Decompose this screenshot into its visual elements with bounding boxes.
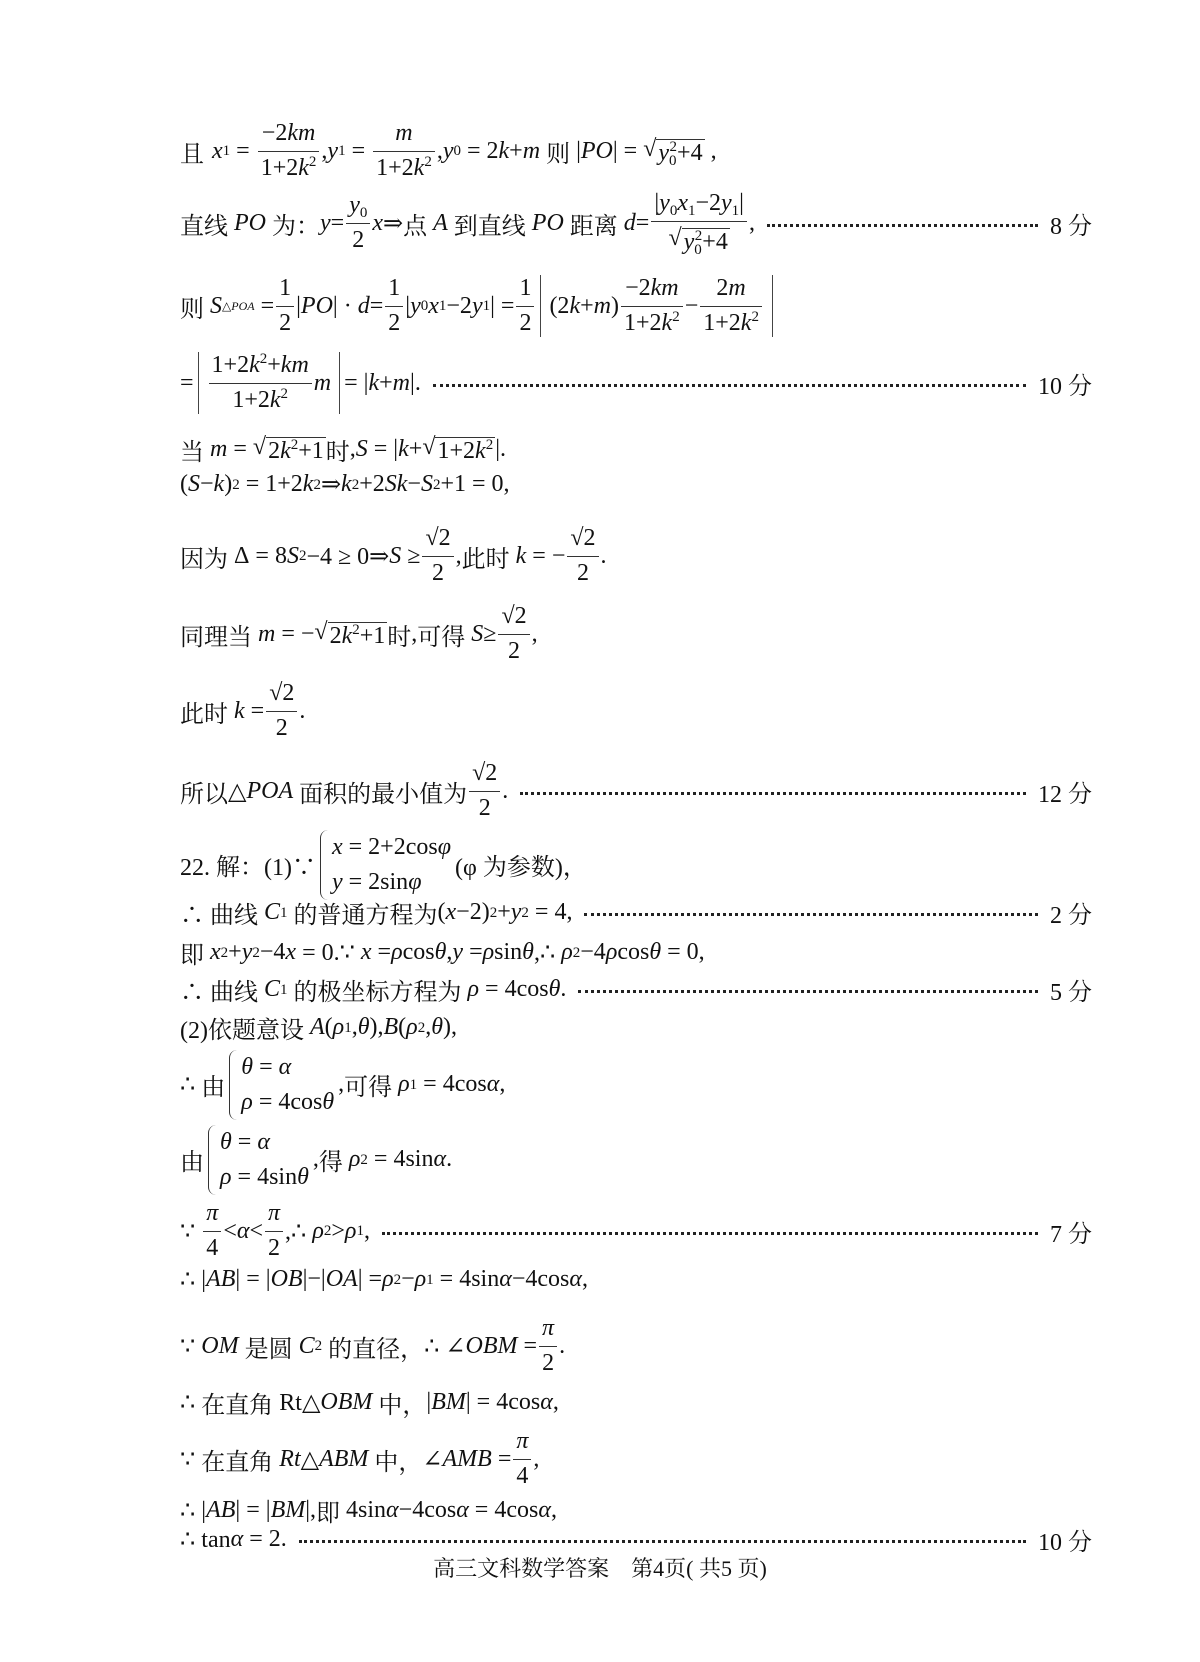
fraction: |y0x1−2y1|√y02+4: [651, 190, 747, 256]
equation-system: θ = αρ = 4cosθ: [229, 1050, 334, 1120]
eq-case-negative: 同理当 m = −√2k2+1时,可得 S≥ √22,: [180, 603, 538, 665]
text: (φ 为参数)，: [455, 847, 587, 882]
line-17: 由 θ = αρ = 4sinθ ,得 ρ2 = 4sinα.: [180, 1125, 1092, 1195]
eq-ab-length: ∴ |AB| = |OB|−|OA| =ρ2−ρ1 = 4sinα−4cosα,: [180, 1265, 588, 1294]
text: 在直角: [201, 1442, 273, 1477]
line-15: (2)依题意设 A(ρ1,θ),B(ρ2,θ),: [180, 1010, 1092, 1045]
eq-conversion: 即 x2+y2−4x = 0.∵ x =ρcosθ,y =ρsinθ,∴ ρ2−…: [180, 935, 705, 970]
q22-param: 22. 解：(1)∵ x = 2+2cosφy = 2sinφ (φ 为参数)，: [180, 830, 587, 900]
eq-bm: ∴ 在直角 Rt△OBM 中，|BM| = 4cosα,: [180, 1385, 559, 1420]
eq-area: 则 S△POA = 12|PO| · d= 12|y0x1−2y1| = 12 …: [180, 275, 777, 337]
score-2: 2 分: [1050, 895, 1092, 930]
score-8: 8 分: [1050, 206, 1092, 241]
text: 面积的最小值为: [299, 774, 467, 809]
fraction: 12: [385, 275, 403, 337]
text: 直线: [180, 206, 228, 241]
dot-leader: [299, 1540, 1026, 1543]
text: 此时: [180, 694, 228, 729]
eq-amb-angle: ∵ 在直角 Rt△ABM 中，∠AMB = π4,: [180, 1428, 539, 1490]
fraction: −2km1+2k2: [258, 120, 320, 182]
dot-leader: [520, 792, 1026, 795]
line-9: 此时 k = √22.: [180, 680, 1092, 742]
text: 时: [387, 617, 411, 652]
dot-leader: [578, 990, 1038, 993]
dot-leader: [584, 913, 1038, 916]
equation-system: θ = αρ = 4sinθ: [208, 1125, 309, 1195]
text: 当: [180, 432, 204, 467]
text: ∵: [180, 1445, 195, 1474]
text: ：: [296, 206, 320, 241]
text: ∴: [180, 1070, 195, 1099]
text: 由: [180, 1142, 204, 1177]
eq-cartesian: ∴ 曲线 C1 的普通方程为(x−2)2+y2 = 4,: [180, 895, 572, 930]
text: 可得: [417, 617, 465, 652]
text: 所以: [180, 774, 228, 809]
eq-distance: 直线 PO 为：y= y02x⇒点 A 到直线 PO 距离 d= |y0x1−2…: [180, 190, 755, 256]
text-qie: 且: [180, 134, 204, 169]
line-19: ∴ |AB| = |OB|−|OA| =ρ2−ρ1 = 4sinα−4cosα,: [180, 1265, 1092, 1294]
eq-k-value: 此时 k = √22.: [180, 680, 305, 742]
text: 到直线: [454, 206, 526, 241]
text: 则: [180, 289, 204, 324]
text: 中，: [374, 1442, 422, 1477]
line-16: ∴ 由 θ = αρ = 4cosθ ,可得 ρ1 = 4cosα,: [180, 1050, 1092, 1120]
eq-min-area: 所以△POA 面积的最小值为 √22.: [180, 760, 508, 822]
fraction: m1+2k2: [373, 120, 435, 182]
eq-polar: ∴ 曲线 C1 的极坐标方程为 ρ = 4cosθ.: [180, 972, 566, 1007]
line-6: (S−k)2 = 1+2k2⇒k2+2Sk−S2+1 = 0,: [180, 470, 1092, 499]
line-22: ∵ 在直角 Rt△ABM 中，∠AMB = π4,: [180, 1428, 1092, 1490]
line-12: ∴ 曲线 C1 的普通方程为(x−2)2+y2 = 4, 2 分: [180, 895, 1092, 930]
score-5: 5 分: [1050, 972, 1092, 1007]
question-number: 22. 解：(1)∵: [180, 847, 316, 882]
text: ∵: [180, 1217, 195, 1246]
text: 得: [319, 1142, 343, 1177]
eq-case-positive: 当 m = √2k2+1时,S = |k+√1+2k2|.: [180, 432, 506, 467]
line-20: ∵ OM 是圆 C2 的直径，∴ ∠OBM = π2.: [180, 1315, 1092, 1377]
text: 同理当: [180, 617, 252, 652]
text: 的普通方程为: [294, 895, 438, 930]
fraction: 12: [516, 275, 534, 337]
line-8: 同理当 m = −√2k2+1时,可得 S≥ √22,: [180, 603, 1092, 665]
text: 时: [326, 432, 350, 467]
line-11: 22. 解：(1)∵ x = 2+2cosφy = 2sinφ (φ 为参数)，: [180, 830, 1092, 900]
text: ∴ 曲线: [180, 895, 258, 930]
line-4: = 1+2k2+km1+2k2m = |k+m|. 10 分: [180, 352, 1092, 414]
text: 可得: [344, 1067, 392, 1102]
line-3: 则 S△POA = 12|PO| · d= 12|y0x1−2y1| = 12 …: [180, 275, 1092, 337]
page-footer: 高三文科数学答案 第4页( 共5 页): [0, 1552, 1200, 1583]
text: ∵: [180, 1332, 195, 1361]
score-7: 7 分: [1050, 1214, 1092, 1249]
text: (2)依题意设: [180, 1010, 304, 1045]
line-18: ∵ π4<α< π2,∴ ρ2>ρ1, 7 分: [180, 1200, 1092, 1262]
score-10: 10 分: [1038, 366, 1092, 401]
text: ∴: [180, 1388, 195, 1417]
line-13: 即 x2+y2−4x = 0.∵ x =ρcosθ,y =ρsinθ,∴ ρ2−…: [180, 935, 1092, 970]
eq-right-angle: ∵ OM 是圆 C2 的直径，∴ ∠OBM = π2.: [180, 1315, 565, 1377]
text: 是圆: [245, 1329, 293, 1364]
abs-value: (2k+m) −2km1+2k2− 2m1+2k2: [540, 275, 773, 337]
text: 点: [403, 206, 427, 241]
part-2-setup: (2)依题意设 A(ρ1,θ),B(ρ2,θ),: [180, 1010, 457, 1045]
fraction: 12: [276, 275, 294, 337]
text: ∴ 曲线: [180, 972, 258, 1007]
line-7: 因为 Δ = 8S2−4 ≥ 0⇒S ≥ √22,此时 k = − √22.: [180, 525, 1092, 587]
eq-range: ∵ π4<α< π2,∴ ρ2>ρ1,: [180, 1200, 370, 1262]
text: 的直径，: [328, 1329, 424, 1364]
dot-leader: [433, 384, 1026, 387]
text-ze: 则: [546, 134, 570, 169]
text: 由: [201, 1067, 225, 1102]
text: 在直角: [201, 1385, 273, 1420]
text: 因为: [180, 539, 228, 574]
line-21: ∴ 在直角 Rt△OBM 中，|BM| = 4cosα,: [180, 1385, 1092, 1420]
eq-area-simplified: = 1+2k2+km1+2k2m = |k+m|.: [180, 352, 421, 414]
line-1: 且 x1 = −2km1+2k2 ,y1 = m1+2k2 ,y0 = 2k+m…: [180, 120, 1092, 182]
line-2: 直线 PO 为：y= y02x⇒点 A 到直线 PO 距离 d= |y0x1−2…: [180, 190, 1092, 256]
line-5: 当 m = √2k2+1时,S = |k+√1+2k2|.: [180, 432, 1092, 467]
fraction: y02: [346, 192, 370, 254]
dot-leader: [767, 224, 1038, 227]
text: 中，: [378, 1385, 426, 1420]
dot-leader: [382, 1232, 1038, 1235]
line-10: 所以△POA 面积的最小值为 √22. 12 分: [180, 760, 1092, 822]
text: 此时: [462, 539, 510, 574]
text: 距离: [570, 206, 618, 241]
eq-coords: 且 x1 = −2km1+2k2 ,y1 = m1+2k2 ,y0 = 2k+m…: [180, 120, 717, 182]
score-12: 12 分: [1038, 774, 1092, 809]
text: 的极坐标方程为: [294, 972, 462, 1007]
equation-system: x = 2+2cosφy = 2sinφ: [320, 830, 451, 900]
sqrt: √y02+4: [643, 136, 704, 167]
eq-rho2: 由 θ = αρ = 4sinθ ,得 ρ2 = 4sinα.: [180, 1125, 452, 1195]
eq-tan-result: ∴ tanα = 2.: [180, 1525, 287, 1554]
text: 即: [180, 935, 204, 970]
text: 为: [272, 206, 296, 241]
eq-discriminant: 因为 Δ = 8S2−4 ≥ 0⇒S ≥ √22,此时 k = − √22.: [180, 525, 607, 587]
line-14: ∴ 曲线 C1 的极坐标方程为 ρ = 4cosθ. 5 分: [180, 972, 1092, 1007]
eq-quadratic: (S−k)2 = 1+2k2⇒k2+2Sk−S2+1 = 0,: [180, 470, 510, 499]
abs-value: 1+2k2+km1+2k2m: [198, 352, 341, 414]
eq-rho1: ∴ 由 θ = αρ = 4cosθ ,可得 ρ1 = 4cosα,: [180, 1050, 505, 1120]
